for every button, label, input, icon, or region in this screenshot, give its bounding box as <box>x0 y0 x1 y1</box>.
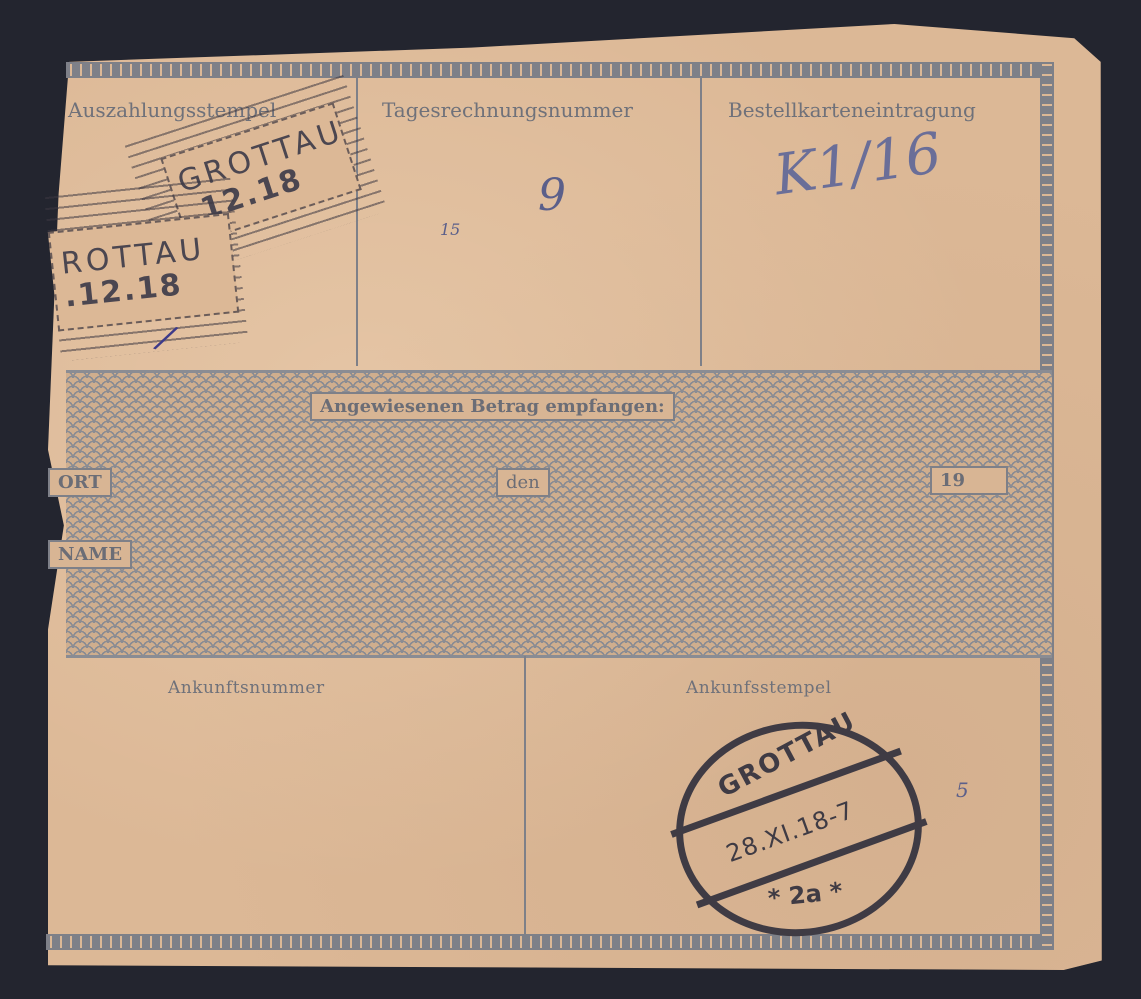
label-tagesrechnungsnummer: Tagesrechnungsnummer <box>382 98 633 122</box>
field-den[interactable]: den <box>496 468 550 497</box>
handwritten-entry: K1/16 <box>770 121 945 209</box>
stamp-code: * 2a * <box>767 877 844 913</box>
top-border <box>66 62 1052 78</box>
field-year[interactable]: 19 <box>930 466 1008 495</box>
heading-betrag-empfangen: Angewiesenen Betrag empfangen: <box>310 392 675 421</box>
stamp-inner: ROTTAU .12.18 <box>48 213 239 331</box>
bottom-border <box>46 934 1052 950</box>
field-name[interactable]: NAME <box>48 540 132 569</box>
divider <box>700 76 702 366</box>
handwritten-number: 5 <box>956 778 969 802</box>
label-ankunftsstempel: Ankunfsstempel <box>686 678 832 698</box>
payout-stamp-lower: ROTTAU .12.18 <box>44 173 249 362</box>
label-bestellkarteneintragung: Bestellkarteneintragung <box>728 98 976 122</box>
divider <box>524 656 526 934</box>
field-ort[interactable]: ORT <box>48 468 112 497</box>
handwritten-number: 15 <box>440 220 460 239</box>
handwritten-number: 9 <box>538 170 566 221</box>
label-ankunftsnummer: Ankunftsnummer <box>168 678 325 698</box>
